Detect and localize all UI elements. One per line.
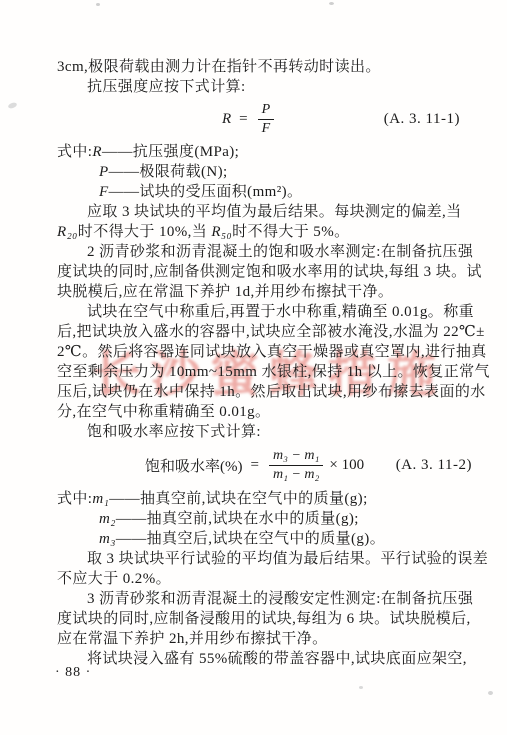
- text-line: 试块在空气中称重后,再置于水中称重,精确至 0.01g。称重: [57, 302, 472, 322]
- scan-artifact: [359, 686, 363, 689]
- equation-number: (A. 3. 11-2): [396, 457, 472, 474]
- variable-R: R: [92, 144, 102, 160]
- variable-definition: ——抽真空前,试块在空气中的质量(g);: [109, 491, 367, 507]
- text-line: 将试块浸入盛有 55%硫酸的带盖容器中,试块底面应架空,: [57, 649, 472, 669]
- variable-definition: ——抽真空前,试块在水中的质量(g);: [116, 511, 359, 527]
- fraction-numerator: m₃ − m₁: [269, 448, 323, 466]
- text-line: 不应大于 0.2%。: [57, 569, 472, 589]
- text-line: m₂——抽真空前,试块在水中的质量(g);: [57, 509, 472, 529]
- text-line: R₂₀时不得大于 10%,当 R₅₀时不得大于 5%。: [57, 222, 472, 242]
- formula-lhs: R: [222, 111, 231, 128]
- scan-artifact: [7, 102, 17, 110]
- scan-artifact: [488, 691, 493, 695]
- text-line: 抗压强度应按下式计算:: [57, 77, 472, 97]
- text-line: 度试块的同时,应制备浸酸用的试块,每组为 6 块。试块脱模后,: [57, 609, 472, 629]
- section-2-heading-line: 2 沥青砂浆和沥青混凝土的饱和吸水率测定:在制备抗压强: [57, 242, 472, 262]
- text-line: 后,把试块放入盛水的容器中,试块应全部被水淹没,水温为 22℃±: [57, 322, 472, 342]
- variable-R50: R₅₀: [211, 224, 232, 240]
- text-line: F——试块的受压面积(mm²)。: [57, 182, 472, 202]
- text-line: 度试块的同时,应制备供测定饱和吸水率用的试块,每组 3 块。试: [57, 262, 472, 282]
- text-line: 应在常温下养护 2h,并用纱布擦拭干净。: [57, 629, 472, 649]
- scanned-page: 长沙蜜蜂措施 3cm,极限荷载由测力计在指针不再转动时读出。 抗压强度应按下式计…: [0, 0, 507, 735]
- fraction-numerator: P: [258, 102, 275, 120]
- text-line: m₃——抽真空后,试块在空气中的质量(g)。: [57, 529, 472, 549]
- where-prefix: 式中:: [57, 491, 92, 507]
- variable-definition: ——抽真空后,试块在空气中的质量(g)。: [116, 531, 385, 547]
- formula-saturated-water-absorption: 饱和吸水率(%) = m₃ − m₁ m₁ − m₂ × 100 (A. 3. …: [57, 442, 472, 489]
- text-line: 空至剩余压力为 10mm~15mm 水银柱,保持 1h 以上。恢复正常气: [57, 362, 472, 382]
- multiplier: × 100: [329, 457, 364, 474]
- text-line: 块脱模后,应在常温下养护 1d,并用纱布擦拭干净。: [57, 282, 472, 302]
- variable-definition: ——试块的受压面积(mm²)。: [109, 184, 303, 200]
- scan-artifact: [96, 3, 100, 6]
- variable-definition: ——抗压强度(MPa);: [102, 144, 239, 160]
- text-line: 式中:m₁——抽真空前,试块在空气中的质量(g);: [57, 489, 472, 509]
- text-line: 取 3 块试块平行试验的平均值为最后结果。平行试验的误差: [57, 549, 472, 569]
- formula-compressive-strength: R = P F (A. 3. 11-1): [57, 97, 472, 142]
- text-line: 应取 3 块试块的平均值为最后结果。每块测定的偏差,当: [57, 202, 472, 222]
- equals-sign: =: [239, 111, 247, 128]
- variable-m1: m₁: [92, 491, 109, 507]
- text-line: 压后,试块仍在水中保持 1h。然后取出试块,用纱布擦去表面的水: [57, 382, 472, 402]
- text-line: 3cm,极限荷载由测力计在指针不再转动时读出。: [57, 57, 472, 77]
- where-prefix: 式中:: [57, 144, 92, 160]
- text-line: 分,在空气中称重精确至 0.01g。: [57, 402, 472, 422]
- variable-R20: R₂₀: [57, 224, 78, 240]
- page-body-text: 3cm,极限荷载由测力计在指针不再转动时读出。 抗压强度应按下式计算: R = …: [57, 57, 472, 669]
- text-line: P——极限荷载(N);: [57, 162, 472, 182]
- variable-m2: m₂: [99, 511, 116, 527]
- formula-lhs: 饱和吸水率(%): [145, 455, 243, 476]
- text-line: 式中:R——抗压强度(MPa);: [57, 142, 472, 162]
- section-3-heading-line: 3 沥青砂浆和沥青混凝土的浸酸安定性测定:在制备抗压强: [57, 589, 472, 609]
- variable-m3: m₃: [99, 531, 116, 547]
- text-segment: 时不得大于 10%,当: [78, 224, 212, 240]
- text-line: 2℃。然后将容器连同试块放入真空干燥器或真空罩内,进行抽真: [57, 342, 472, 362]
- text-line: 饱和吸水率应按下式计算:: [57, 422, 472, 442]
- equals-sign: =: [251, 457, 259, 474]
- variable-P: P: [99, 164, 109, 180]
- scan-artifact: [329, 2, 334, 5]
- fraction: m₃ − m₁ m₁ − m₂: [269, 448, 323, 483]
- fraction-denominator: m₁ − m₂: [273, 466, 319, 483]
- fraction-denominator: F: [262, 120, 271, 137]
- equation-number: (A. 3. 11-1): [384, 111, 460, 128]
- variable-definition: ——极限荷载(N);: [109, 164, 228, 180]
- text-segment: 时不得大于 5%。: [232, 224, 349, 240]
- page-number: · 88 ·: [55, 665, 91, 681]
- variable-F: F: [99, 184, 109, 200]
- fraction: P F: [258, 102, 275, 137]
